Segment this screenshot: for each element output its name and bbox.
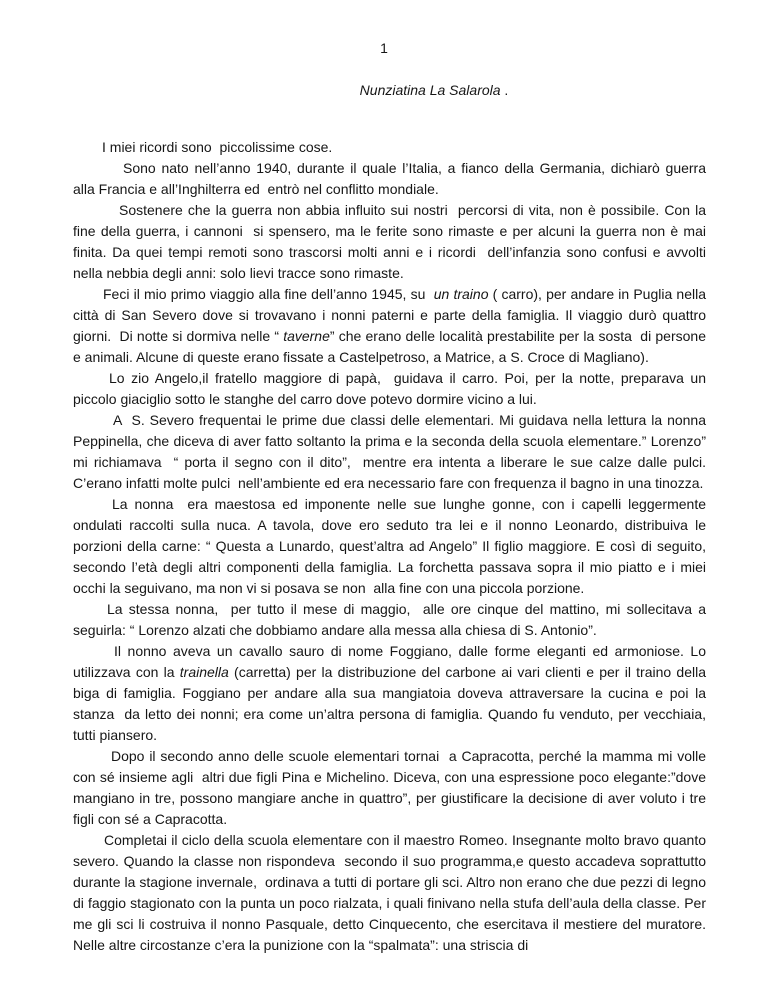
italic-text-run: trainella [180, 664, 229, 680]
text-run: I miei ricordi sono piccolissime cose. [102, 139, 332, 155]
italic-text-run: un traino [434, 286, 489, 302]
text-run: Completai il ciclo della scuola elementa… [73, 832, 710, 953]
paragraph: La nonna era maestosa ed imponente nelle… [73, 494, 706, 599]
paragraph: La stessa nonna, per tutto il mese di ma… [73, 599, 706, 641]
paragraph: Il nonno aveva un cavallo sauro di nome … [73, 641, 706, 746]
paragraph: Dopo il secondo anno delle scuole elemen… [73, 746, 706, 830]
paragraph: Completai il ciclo della scuola elementa… [73, 830, 706, 956]
document-page: 1 Nunziatina La Salarola . I miei ricord… [0, 0, 768, 994]
document-title: Nunziatina La Salarola . [100, 83, 768, 97]
document-title-text: Nunziatina La Salarola [360, 82, 501, 98]
paragraph: Sono nato nell’anno 1940, durante il qua… [73, 158, 706, 200]
document-title-period: . [501, 82, 509, 98]
text-run: A S. Severo frequentai le prime due clas… [73, 412, 714, 491]
text-run: Sostenere che la guerra non abbia influi… [73, 202, 714, 281]
paragraph: A S. Severo frequentai le prime due clas… [73, 410, 706, 494]
paragraph: I miei ricordi sono piccolissime cose. [73, 137, 706, 158]
text-run: Sono nato nell’anno 1940, durante il qua… [73, 160, 710, 197]
paragraph: Lo zio Angelo,il fratello maggiore di pa… [73, 368, 706, 410]
text-run: Feci il mio primo viaggio alla fine dell… [103, 286, 434, 302]
text-run: La nonna era maestosa ed imponente nelle… [73, 496, 714, 596]
paragraph: Feci il mio primo viaggio alla fine dell… [73, 284, 706, 368]
text-run: Dopo il secondo anno delle scuole elemen… [73, 748, 714, 827]
text-run: Lo zio Angelo,il fratello maggiore di pa… [73, 370, 710, 407]
italic-text-run: taverne [283, 328, 330, 344]
text-run: La stessa nonna, per tutto il mese di ma… [73, 601, 710, 638]
page-number: 1 [0, 41, 768, 55]
paragraph: Sostenere che la guerra non abbia influi… [73, 200, 706, 284]
document-body: I miei ricordi sono piccolissime cose.So… [73, 137, 706, 956]
